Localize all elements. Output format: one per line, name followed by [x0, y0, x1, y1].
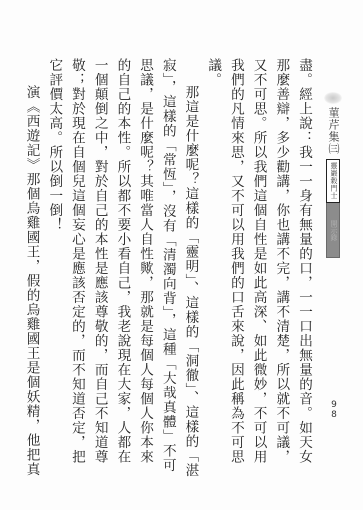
paragraph: 演《西遊記》那個烏雞國王，假的烏雞國王是個妖精，他把真 [20, 58, 43, 478]
page-number: 98 [328, 400, 340, 420]
section-tab: 開示錄 [326, 203, 340, 258]
paragraph: 那這是什麼呢？這樣的「靈明」、這樣的「洞徹」、這樣的「湛寂」，這樣的「常恆」，沒… [43, 58, 202, 478]
section-label: 靈巖穀門士 [326, 159, 340, 203]
paragraph: 盡。經上說：我一一身有無量的口，一一口出無量的音。如天女那麼善辯，多少勸講，你也… [201, 58, 315, 478]
running-head: 菫芹集㈢ 靈巖穀門士 開示錄 [322, 92, 344, 258]
book-page: 菫芹集㈢ 靈巖穀門士 開示錄 98 盡。經上說：我一一身有無量的口，一一口出無量… [0, 0, 363, 510]
cloud-ornament-icon [324, 92, 342, 104]
body-text: 盡。經上說：我一一身有無量的口，一一口出無量的音。如天女那麼善辯，多少勸講，你也… [20, 58, 315, 478]
book-title: 菫芹集㈢ [327, 107, 339, 155]
